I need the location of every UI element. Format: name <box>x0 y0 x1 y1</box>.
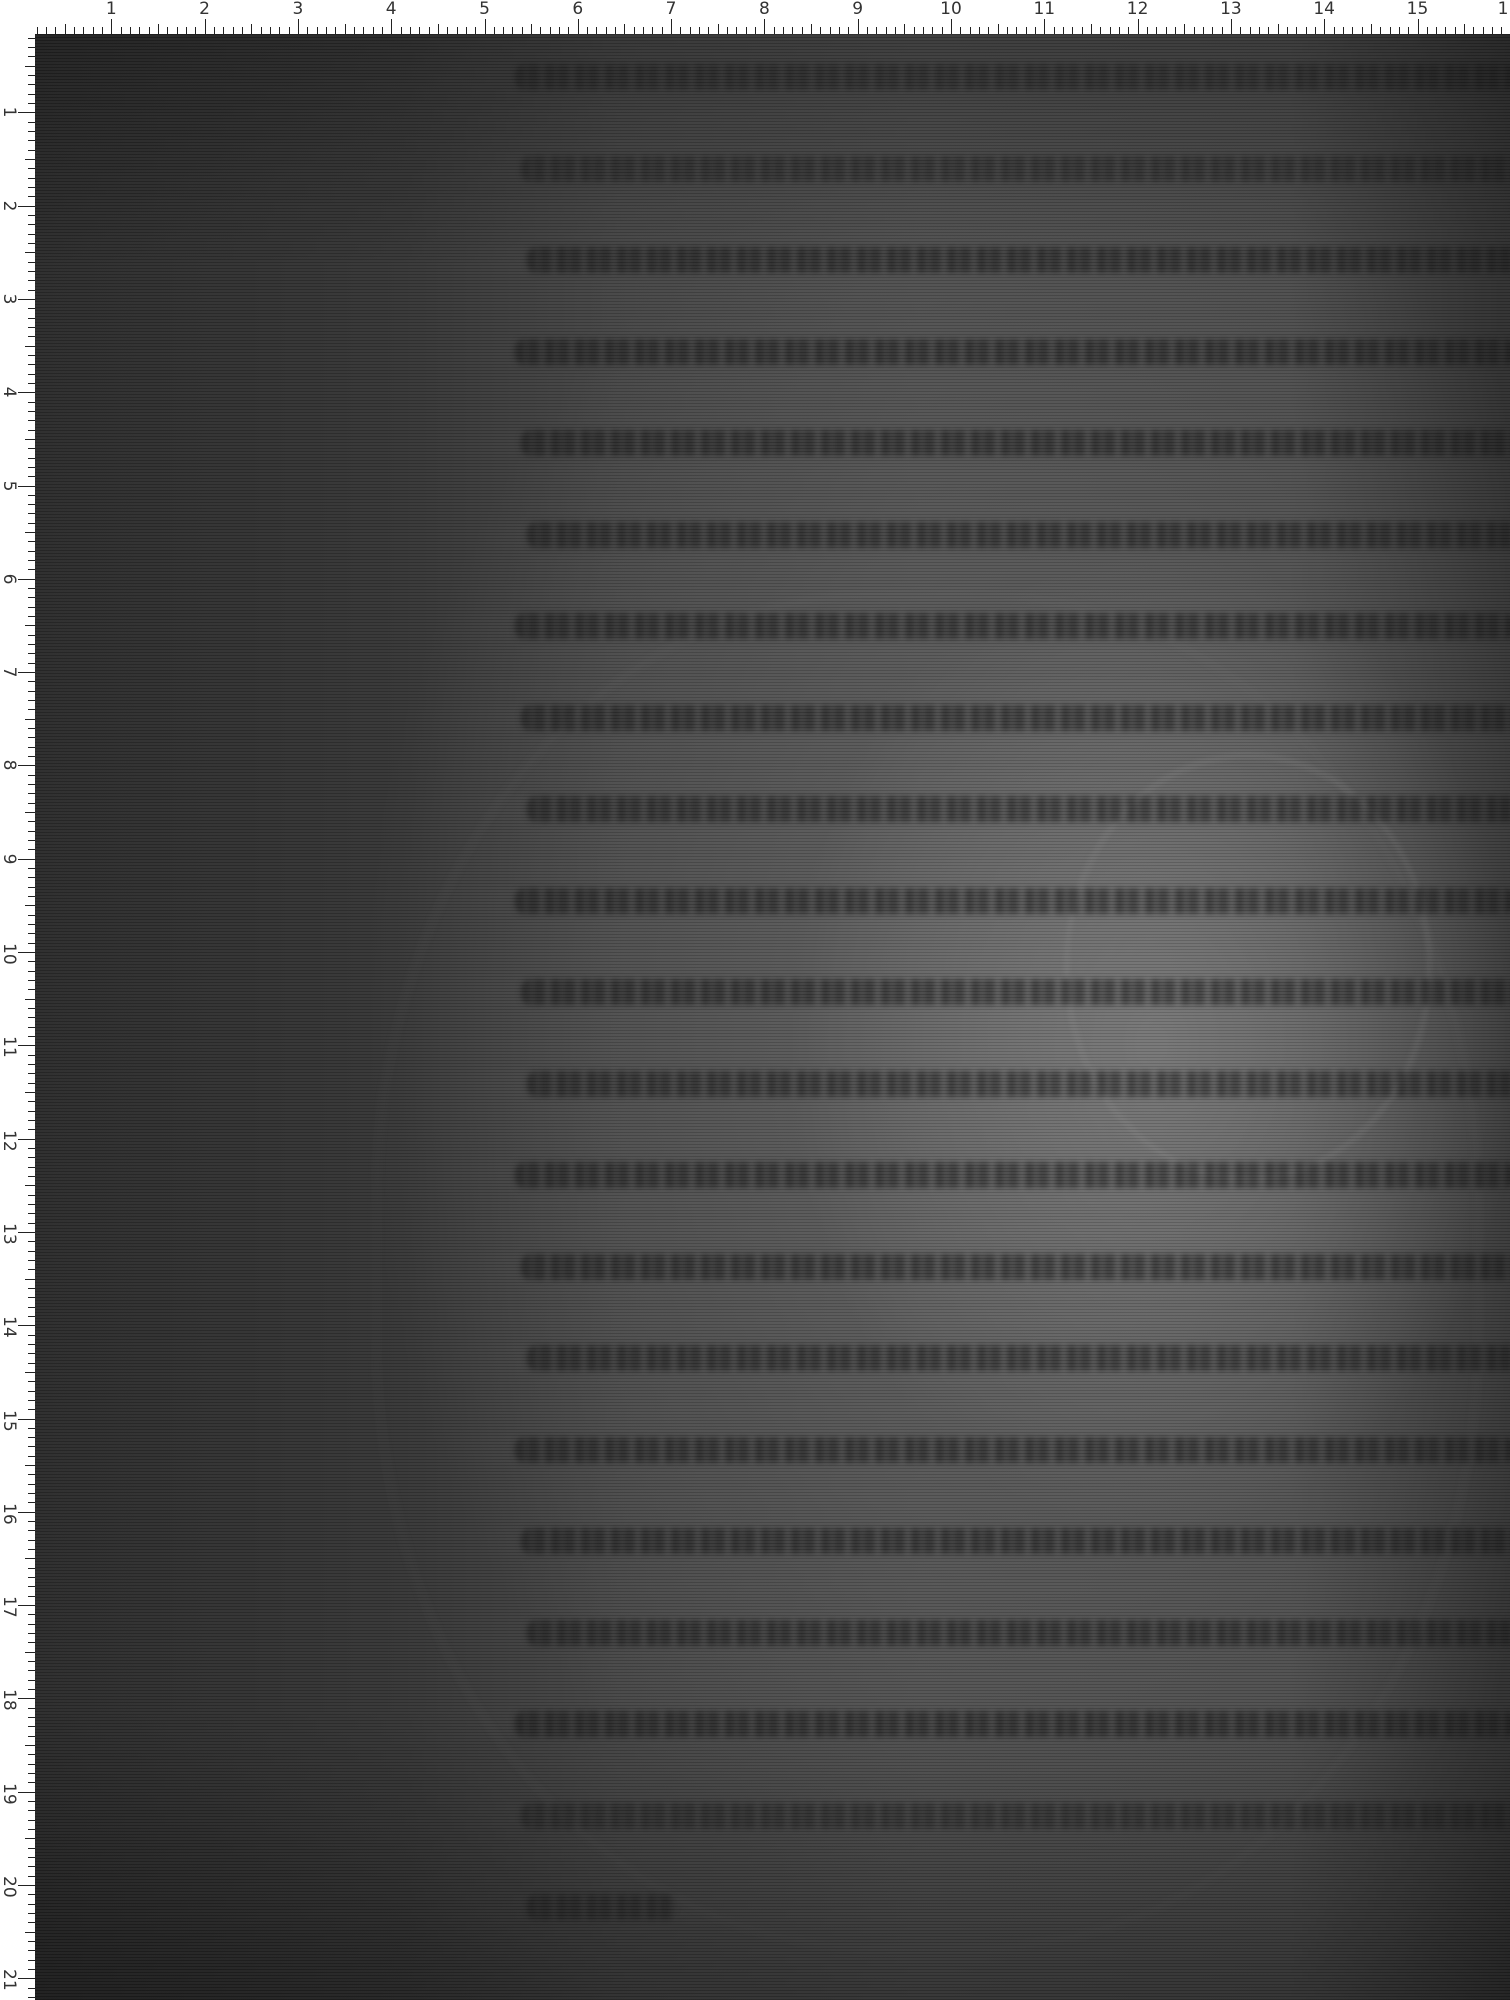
ruler-tick <box>28 1680 35 1681</box>
ruler-tick <box>792 27 793 34</box>
ruler-tick <box>708 27 709 34</box>
ruler-tick <box>177 27 178 34</box>
ruler-tick <box>28 1661 35 1662</box>
ruler-tick <box>28 1204 35 1205</box>
ruler-tick <box>568 27 569 34</box>
ruler-tick <box>28 1391 35 1392</box>
ruler-tick <box>28 1344 35 1345</box>
ruler-tick <box>130 27 131 34</box>
ruler-tick <box>28 1820 35 1821</box>
ruler-tick <box>979 27 980 34</box>
manuscript-text-line <box>521 1528 1510 1554</box>
ruler-tick <box>18 579 35 580</box>
ruler-label: 14 <box>0 1316 18 1334</box>
ruler-tick <box>186 27 187 34</box>
ruler-tick <box>28 308 35 309</box>
ruler-tick <box>1119 27 1120 34</box>
ruler-tick <box>28 243 35 244</box>
ruler-tick <box>1128 27 1129 34</box>
ruler-tick <box>1483 27 1484 34</box>
ruler-tick <box>28 1484 35 1485</box>
ruler-tick <box>46 27 47 34</box>
ruler-tick <box>18 206 35 207</box>
ruler-tick <box>671 19 672 34</box>
ruler-tick <box>858 19 859 34</box>
ruler-tick <box>28 1670 35 1671</box>
ruler-tick <box>279 27 280 34</box>
ruler-tick <box>28 1456 35 1457</box>
ruler-tick <box>25 1652 35 1653</box>
ruler-tick <box>102 27 103 34</box>
ruler-tick <box>28 1540 35 1541</box>
ruler-tick <box>596 27 597 34</box>
ruler-tick <box>28 1120 35 1121</box>
ruler-tick <box>28 700 35 701</box>
ruler-label: 17 <box>0 1596 18 1614</box>
ruler-tick <box>28 1269 35 1270</box>
ruler-tick <box>28 1008 35 1009</box>
ruler-tick <box>970 27 971 34</box>
ruler-tick <box>28 318 35 319</box>
ruler-tick <box>28 616 35 617</box>
ruler-tick <box>28 644 35 645</box>
ruler-tick <box>18 1698 35 1699</box>
ruler-tick <box>28 1073 35 1074</box>
ruler-tick <box>37 27 38 34</box>
ruler-tick <box>28 1596 35 1597</box>
ruler-tick <box>1156 27 1157 34</box>
ruler-tick <box>25 625 35 626</box>
ruler-tick <box>1445 27 1446 34</box>
ruler-label: 6 <box>572 0 583 18</box>
ruler-tick <box>485 19 486 34</box>
ruler-tick <box>25 159 35 160</box>
ruler-label: 18 <box>0 1689 18 1707</box>
ruler-tick <box>28 775 35 776</box>
ruler-tick <box>233 27 234 34</box>
ruler-tick <box>1306 27 1307 34</box>
ruler-tick <box>28 597 35 598</box>
ruler-tick <box>28 1381 35 1382</box>
manuscript-text-line <box>521 979 1510 1005</box>
ruler-tick <box>28 1708 35 1709</box>
ruler-tick <box>65 24 66 34</box>
ruler-tick <box>1408 27 1409 34</box>
ruler-tick <box>28 1736 35 1737</box>
ruler-tick <box>1147 27 1148 34</box>
ruler-tick <box>699 27 700 34</box>
ruler-tick <box>28 56 35 57</box>
ruler-tick <box>18 1605 35 1606</box>
ruler-tick <box>1054 27 1055 34</box>
ruler-tick <box>1212 27 1213 34</box>
ruler-tick <box>998 24 999 34</box>
ruler-label: 7 <box>0 663 18 681</box>
ruler-tick <box>895 27 896 34</box>
ruler-tick <box>522 27 523 34</box>
ruler-tick <box>28 840 35 841</box>
ruler-tick <box>18 1232 35 1233</box>
ruler-tick <box>28 1307 35 1308</box>
ruler-label: 15 <box>1407 0 1429 18</box>
ruler-tick <box>25 346 35 347</box>
ruler-tick <box>1464 24 1465 34</box>
ruler-tick <box>28 1614 35 1615</box>
ruler-tick <box>28 280 35 281</box>
ruler-tick <box>1362 27 1363 34</box>
ruler-tick <box>28 1586 35 1587</box>
ruler-tick <box>28 383 35 384</box>
ruler-tick <box>783 27 784 34</box>
ruler-tick <box>28 140 35 141</box>
left-ruler: 123456789101112131415161718192021 <box>0 0 35 2000</box>
ruler-tick <box>28 1894 35 1895</box>
ruler-tick <box>18 112 35 113</box>
ruler-tick <box>28 1474 35 1475</box>
ruler-tick <box>1184 24 1185 34</box>
ruler-tick <box>28 476 35 477</box>
ruler-tick <box>28 1866 35 1867</box>
ruler-tick <box>373 27 374 34</box>
ruler-tick <box>345 24 346 34</box>
ruler-tick <box>1399 27 1400 34</box>
ruler-tick <box>28 1848 35 1849</box>
ruler-tick <box>643 27 644 34</box>
ruler-tick <box>28 1409 35 1410</box>
ruler-tick <box>28 75 35 76</box>
ruler-tick <box>1268 27 1269 34</box>
ruler-tick <box>28 896 35 897</box>
ruler-tick <box>28 980 35 981</box>
top-ruler: 01234567891011121314151 <box>0 0 1510 34</box>
ruler-tick <box>25 1185 35 1186</box>
ruler-tick <box>28 1083 35 1084</box>
ruler-tick <box>25 1279 35 1280</box>
ruler-tick <box>28 961 35 962</box>
ruler-tick <box>28 1829 35 1830</box>
ruler-label: 4 <box>0 383 18 401</box>
ruler-tick <box>410 27 411 34</box>
ruler-tick <box>74 27 75 34</box>
ruler-tick <box>28 877 35 878</box>
ruler-tick <box>28 653 35 654</box>
ruler-label: 20 <box>0 1876 18 1894</box>
ruler-tick <box>578 19 579 34</box>
ruler-tick <box>25 66 35 67</box>
ruler-tick <box>662 27 663 34</box>
ruler-tick <box>28 1223 35 1224</box>
ruler-tick <box>28 1176 35 1177</box>
ruler-tick <box>28 1251 35 1252</box>
ruler-tick <box>951 19 952 34</box>
manuscript-text-line <box>527 1894 677 1920</box>
ruler-tick <box>28 262 35 263</box>
ruler-tick <box>1082 27 1083 34</box>
ruler-tick <box>28 402 35 403</box>
ruler-tick <box>1026 27 1027 34</box>
ruler-tick <box>1473 27 1474 34</box>
ruler-tick <box>1324 19 1325 34</box>
ruler-tick <box>401 27 402 34</box>
ruler-tick <box>28 1017 35 1018</box>
ruler-tick <box>28 234 35 235</box>
ruler-tick <box>28 178 35 179</box>
ruler-tick <box>540 27 541 34</box>
ruler-tick <box>28 831 35 832</box>
ruler-tick <box>923 27 924 34</box>
ruler-label: 4 <box>386 0 397 18</box>
ruler-tick <box>1091 24 1092 34</box>
ruler-tick <box>18 1139 35 1140</box>
ruler-tick <box>18 859 35 860</box>
ruler-tick <box>307 27 308 34</box>
ruler-tick <box>28 1922 35 1923</box>
ruler-tick <box>28 1726 35 1727</box>
ruler-tick <box>28 1764 35 1765</box>
ruler-tick <box>932 27 933 34</box>
ruler-tick <box>28 103 35 104</box>
ruler-tick <box>25 439 35 440</box>
ruler-tick <box>223 27 224 34</box>
ruler-tick <box>28 728 35 729</box>
ruler-label: 10 <box>940 0 962 18</box>
ruler-tick <box>475 27 476 34</box>
manuscript-text-line <box>527 522 1510 548</box>
ruler-tick <box>28 374 35 375</box>
manuscript-text-line <box>521 1803 1510 1829</box>
ruler-tick <box>28 784 35 785</box>
ruler-tick <box>447 27 448 34</box>
ruler-tick <box>438 24 439 34</box>
ruler-tick <box>391 19 392 34</box>
manuscript-text-line <box>515 1162 1510 1188</box>
ruler-tick <box>214 27 215 34</box>
ruler-label: 10 <box>0 943 18 961</box>
ruler-tick <box>988 27 989 34</box>
manuscript-text-line <box>527 1071 1510 1097</box>
ruler-label: 11 <box>1033 0 1055 18</box>
ruler-label: 2 <box>0 197 18 215</box>
ruler-tick <box>28 84 35 85</box>
ruler-tick <box>28 560 35 561</box>
ruler-tick <box>28 737 35 738</box>
ruler-tick <box>18 1792 35 1793</box>
ruler-tick <box>736 27 737 34</box>
ruler-label: 13 <box>1220 0 1242 18</box>
ruler-tick <box>18 392 35 393</box>
ruler-tick <box>28 747 35 748</box>
ruler-tick <box>28 458 35 459</box>
ruler-tick <box>28 607 35 608</box>
ruler-tick <box>28 887 35 888</box>
ruler-tick <box>18 299 35 300</box>
ruler-tick <box>680 27 681 34</box>
ruler-tick <box>28 1036 35 1037</box>
manuscript-image: Grayscale multispectral image of a palim… <box>35 34 1510 2000</box>
ruler-tick <box>28 1801 35 1802</box>
ruler-tick <box>28 803 35 804</box>
ruler-tick <box>25 1092 35 1093</box>
ruler-tick <box>25 252 35 253</box>
ruler-tick <box>28 1689 35 1690</box>
ruler-tick <box>1166 27 1167 34</box>
ruler-tick <box>28 915 35 916</box>
ruler-tick <box>1222 27 1223 34</box>
ruler-tick <box>28 1633 35 1634</box>
ruler-tick <box>25 532 35 533</box>
ruler-tick <box>1278 24 1279 34</box>
ruler-tick <box>1334 27 1335 34</box>
ruler-tick <box>28 1642 35 1643</box>
ruler-tick <box>298 19 299 34</box>
ruler-tick <box>28 1446 35 1447</box>
manuscript-text-line <box>527 247 1510 273</box>
ruler-tick <box>746 27 747 34</box>
ruler-tick <box>1110 27 1111 34</box>
ruler-tick <box>1380 27 1381 34</box>
ruler-label: 6 <box>0 570 18 588</box>
ruler-tick <box>25 1558 35 1559</box>
ruler-tick <box>167 27 168 34</box>
ruler-tick <box>1100 27 1101 34</box>
ruler-tick <box>727 27 728 34</box>
ruler-tick <box>28 1502 35 1503</box>
ruler-tick <box>28 168 35 169</box>
ruler-tick <box>1138 19 1139 34</box>
manuscript-text-line <box>515 1437 1510 1463</box>
ruler-label: 5 <box>0 477 18 495</box>
ruler-tick <box>93 27 94 34</box>
ruler-tick <box>25 1372 35 1373</box>
ruler-tick <box>28 663 35 664</box>
ruler-tick <box>354 27 355 34</box>
ruler-tick <box>242 27 243 34</box>
ruler-tick <box>466 27 467 34</box>
ruler-tick <box>205 19 206 34</box>
ruler-tick <box>28 1064 35 1065</box>
ruler-tick <box>28 1521 35 1522</box>
ruler-label: 1 <box>106 0 117 18</box>
ruler-tick <box>1352 27 1353 34</box>
ruler-tick <box>28 1810 35 1811</box>
ruler-tick <box>1175 27 1176 34</box>
ruler-label: 2 <box>199 0 210 18</box>
manuscript-text-line <box>515 888 1510 914</box>
ruler-tick <box>28 1316 35 1317</box>
ruler-tick <box>28 1027 35 1028</box>
ruler-tick <box>28 1960 35 1961</box>
ruler-tick <box>25 999 35 1000</box>
ruler-tick <box>587 27 588 34</box>
ruler-label: 9 <box>852 0 863 18</box>
ruler-tick <box>1063 27 1064 34</box>
ruler-tick <box>764 19 765 34</box>
ruler-tick <box>28 523 35 524</box>
ruler-tick <box>28 150 35 151</box>
ruler-tick <box>839 27 840 34</box>
ruler-tick <box>28 1400 35 1401</box>
ruler-tick <box>25 1932 35 1933</box>
ruler-tick <box>28 504 35 505</box>
ruler-tick <box>718 24 719 34</box>
ruler-tick <box>820 27 821 34</box>
manuscript-text-line <box>521 430 1510 456</box>
ruler-tick <box>886 27 887 34</box>
ruler-label: 5 <box>479 0 490 18</box>
ruler-tick <box>18 1885 35 1886</box>
ruler-tick <box>25 1465 35 1466</box>
ruler-tick <box>28 1260 35 1261</box>
ruler-tick <box>28 588 35 589</box>
ruler-tick <box>28 541 35 542</box>
ruler-tick <box>755 27 756 34</box>
manuscript-text-line <box>515 339 1510 365</box>
ruler-tick <box>28 868 35 869</box>
ruler-tick <box>261 27 262 34</box>
ruler-tick <box>121 27 122 34</box>
ruler-tick <box>25 719 35 720</box>
ruler-label: 3 <box>0 290 18 308</box>
ruler-tick <box>18 1978 35 1979</box>
ruler-tick <box>28 448 35 449</box>
ruler-tick <box>28 364 35 365</box>
ruler-tick <box>28 271 35 272</box>
ruler-tick <box>1390 27 1391 34</box>
ruler-tick <box>1371 24 1372 34</box>
manuscript-text-line <box>515 613 1510 639</box>
ruler-tick <box>28 1437 35 1438</box>
ruler-tick <box>18 1325 35 1326</box>
ruler-label: 12 <box>1127 0 1149 18</box>
ruler-tick <box>28 933 35 934</box>
ruler-tick <box>326 27 327 34</box>
ruler-tick <box>830 27 831 34</box>
ruler-tick <box>28 989 35 990</box>
ruler-tick <box>690 27 691 34</box>
ruler-tick <box>111 19 112 34</box>
ruler-tick <box>25 1745 35 1746</box>
ruler-tick <box>28 187 35 188</box>
ruler-tick <box>28 1997 35 1998</box>
ruler-tick <box>28 215 35 216</box>
ruler-tick <box>28 1129 35 1130</box>
ruler-label: 12 <box>0 1130 18 1148</box>
ruler-tick <box>28 1624 35 1625</box>
ruler-tick <box>1072 27 1073 34</box>
ruler-tick <box>1418 19 1419 34</box>
ruler-tick <box>28 1157 35 1158</box>
ruler-tick <box>876 27 877 34</box>
ruler-tick <box>28 1335 35 1336</box>
ruler-tick <box>1343 27 1344 34</box>
ruler-tick <box>1035 27 1036 34</box>
ruler-label: 8 <box>0 756 18 774</box>
ruler-tick <box>195 27 196 34</box>
ruler-tick <box>28 420 35 421</box>
ruler-tick <box>1436 27 1437 34</box>
ruler-tick <box>867 27 868 34</box>
ruler-tick <box>28 924 35 925</box>
ruler-label: 11 <box>0 1036 18 1054</box>
ruler-tick <box>28 943 35 944</box>
ruler-tick <box>494 27 495 34</box>
manuscript-text-line <box>515 1711 1510 1737</box>
ruler-tick <box>1259 27 1260 34</box>
ruler-label: 14 <box>1313 0 1335 18</box>
manuscript-text-line <box>527 1620 1510 1646</box>
ruler-tick <box>28 1167 35 1168</box>
ruler-tick <box>28 1941 35 1942</box>
